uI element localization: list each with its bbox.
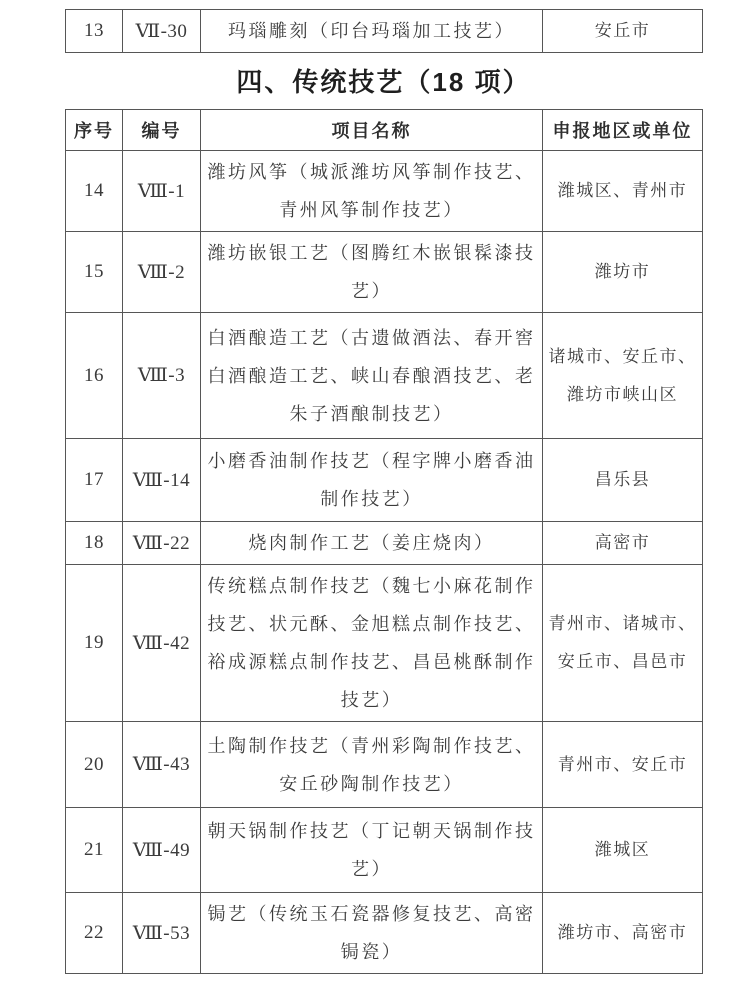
cell-index: 22 [66,893,123,974]
cell-code: Ⅷ-2 [123,232,201,313]
cell-region: 潍坊市、高密市 [543,893,703,974]
cell-code: Ⅷ-1 [123,151,201,232]
cell-code: Ⅷ-3 [123,313,201,439]
cell-region: 潍城区、青州市 [543,151,703,232]
cell-index: 21 [66,808,123,893]
cell-region: 安丘市 [543,10,703,53]
cell-index: 20 [66,722,123,808]
table-row: 14 Ⅷ-1 潍坊风筝（城派潍坊风筝制作技艺、青州风筝制作技艺） 潍城区、青州市 [66,151,703,232]
header-region: 申报地区或单位 [543,110,703,151]
cell-index: 19 [66,565,123,722]
table-row: 15 Ⅷ-2 潍坊嵌银工艺（图腾红木嵌银髹漆技艺） 潍坊市 [66,232,703,313]
table-row: 22 Ⅷ-53 锔艺（传统玉石瓷器修复技艺、高密锔瓷） 潍坊市、高密市 [66,893,703,974]
header-name: 项目名称 [201,110,543,151]
cell-index: 15 [66,232,123,313]
cell-name: 锔艺（传统玉石瓷器修复技艺、高密锔瓷） [201,893,543,974]
table-row: 19 Ⅷ-42 传统糕点制作技艺（魏七小麻花制作技艺、状元酥、金旭糕点制作技艺、… [66,565,703,722]
cell-name: 玛瑙雕刻（印台玛瑙加工技艺） [201,10,543,53]
cell-code: Ⅷ-49 [123,808,201,893]
cell-region: 青州市、诸城市、安丘市、昌邑市 [543,565,703,722]
cell-name: 潍坊嵌银工艺（图腾红木嵌银髹漆技艺） [201,232,543,313]
cell-region: 潍坊市 [543,232,703,313]
heritage-items-table: 序号 编号 项目名称 申报地区或单位 14 Ⅷ-1 潍坊风筝（城派潍坊风筝制作技… [65,109,703,974]
cell-index: 18 [66,522,123,565]
table-row: 21 Ⅷ-49 朝天锅制作技艺（丁记朝天锅制作技艺） 潍城区 [66,808,703,893]
cell-code: Ⅷ-43 [123,722,201,808]
previous-section-table-fragment: 13 Ⅶ-30 玛瑙雕刻（印台玛瑙加工技艺） 安丘市 [65,9,703,53]
cell-name: 小磨香油制作技艺（程字牌小磨香油制作技艺） [201,439,543,522]
cell-code: Ⅷ-14 [123,439,201,522]
cell-index: 17 [66,439,123,522]
cell-index: 14 [66,151,123,232]
cell-code: Ⅷ-42 [123,565,201,722]
table-row: 16 Ⅷ-3 白酒酿造工艺（古遗做酒法、春开窖白酒酿造工艺、峡山春酿酒技艺、老朱… [66,313,703,439]
cell-code: Ⅷ-53 [123,893,201,974]
table-row: 20 Ⅷ-43 土陶制作技艺（青州彩陶制作技艺、安丘砂陶制作技艺） 青州市、安丘… [66,722,703,808]
header-index: 序号 [66,110,123,151]
cell-region: 潍城区 [543,808,703,893]
section-heading: 四、传统技艺（18 项） [65,64,702,100]
document-page: 13 Ⅶ-30 玛瑙雕刻（印台玛瑙加工技艺） 安丘市 四、传统技艺（18 项） … [0,0,750,974]
header-code: 编号 [123,110,201,151]
cell-name: 烧肉制作工艺（姜庄烧肉） [201,522,543,565]
cell-index: 16 [66,313,123,439]
cell-name: 朝天锅制作技艺（丁记朝天锅制作技艺） [201,808,543,893]
table-row: 18 Ⅷ-22 烧肉制作工艺（姜庄烧肉） 高密市 [66,522,703,565]
cell-code: Ⅶ-30 [123,10,201,53]
cell-name: 白酒酿造工艺（古遗做酒法、春开窖白酒酿造工艺、峡山春酿酒技艺、老朱子酒酿制技艺） [201,313,543,439]
cell-name: 土陶制作技艺（青州彩陶制作技艺、安丘砂陶制作技艺） [201,722,543,808]
table-row: 13 Ⅶ-30 玛瑙雕刻（印台玛瑙加工技艺） 安丘市 [66,10,703,53]
cell-name: 传统糕点制作技艺（魏七小麻花制作技艺、状元酥、金旭糕点制作技艺、裕成源糕点制作技… [201,565,543,722]
cell-name: 潍坊风筝（城派潍坊风筝制作技艺、青州风筝制作技艺） [201,151,543,232]
cell-region: 昌乐县 [543,439,703,522]
cell-code: Ⅷ-22 [123,522,201,565]
table-row: 17 Ⅷ-14 小磨香油制作技艺（程字牌小磨香油制作技艺） 昌乐县 [66,439,703,522]
cell-region: 青州市、安丘市 [543,722,703,808]
cell-index: 13 [66,10,123,53]
table-header-row: 序号 编号 项目名称 申报地区或单位 [66,110,703,151]
cell-region: 诸城市、安丘市、潍坊市峡山区 [543,313,703,439]
cell-region: 高密市 [543,522,703,565]
